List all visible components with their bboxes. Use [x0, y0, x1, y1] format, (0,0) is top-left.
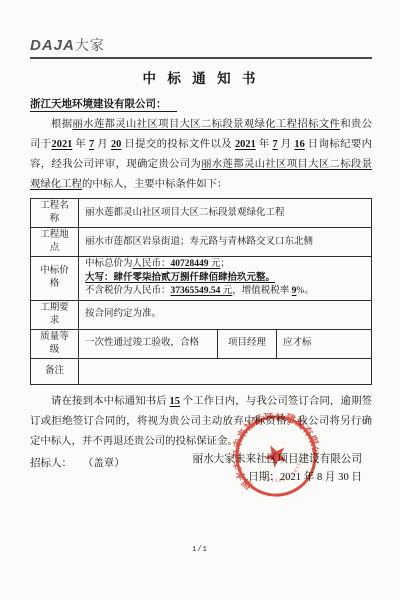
award-conditions-table: 工程名称 丽水莲都灵山社区项目大区二标段景观绿化工程 工程地点 丽水市莲都区岩泉… [30, 198, 372, 385]
location-label: 工程地点 [31, 228, 79, 257]
table-row-location: 工程地点 丽水市莲都区岩泉街道；寿元路与青林路交叉口东北侧 [31, 228, 372, 257]
signature-date: 日期：2021 年 8 月 30 日 [193, 469, 363, 487]
signature-company: 丽水大家未来社区项目建设有限公司 [193, 451, 363, 469]
quality-value: 一次性通过竣工验收，合格 [79, 329, 218, 358]
price-total-line: 中标总价为人民币：40728449 元； [85, 258, 365, 272]
table-row-project-name: 工程名称 丽水莲都灵山社区项目大区二标段景观绿化工程 [31, 199, 372, 228]
signature-block: 丽水大家未来社区项目建设有限公司 日期：2021 年 8 月 30 日 [193, 451, 363, 487]
document-page: DAJA大家 中 标 通 知 书 浙江天地环境建设有限公司： 根据丽水莲都灵山社… [0, 0, 400, 600]
page-indicator: 1/1 [0, 546, 400, 554]
project-name-value: 丽水莲都灵山社区项目大区二标段景观绿化工程 [79, 199, 372, 228]
logo-latin-text: DAJA [30, 37, 75, 54]
price-capital-line: 大写：肆仟零柒拾贰万捌仟肆佰肆拾玖元整。 [85, 272, 365, 286]
addressee-line: 浙江天地环境建设有限公司： [30, 97, 372, 113]
quality-label: 质量等级 [31, 329, 79, 358]
stamp-note: （盖章） [88, 458, 125, 469]
price-label: 中标价格 [31, 257, 79, 301]
table-row-quality: 质量等级 一次性通过竣工验收，合格 项目经理 应才标 [31, 329, 372, 358]
para-contract-terms: 请在接到本中标通知书后 15 个工作日内，与我公司签订合同，逾期签订或拒绝签订合… [30, 392, 372, 452]
logo-cjk-text: 大家 [75, 37, 105, 53]
project-manager-value: 应才标 [277, 329, 372, 358]
table-row-duration: 工期要求 按合同约定为准。 [31, 300, 372, 329]
bidder-label: 招标人： [30, 458, 72, 469]
addressee-name: 浙江天地环境建设有限公司： [30, 99, 177, 112]
duration-label: 工期要求 [31, 300, 79, 329]
location-value: 丽水市莲都区岩泉街道；寿元路与青林路交叉口东北侧 [79, 228, 372, 257]
table-row-price: 中标价格 中标总价为人民币：40728449 元； 大写：肆仟零柒拾贰万捌仟肆佰… [31, 257, 372, 301]
duration-value: 按合同约定为准。 [79, 300, 372, 329]
para-award-basis: 根据丽水莲都灵山社区项目大区二标段景观绿化工程招标文件和贵公司于2021 年 7… [30, 115, 372, 195]
remark-label: 备注 [31, 358, 79, 384]
project-name-label: 工程名称 [31, 199, 79, 228]
brand-logo: DAJA大家 [30, 36, 372, 59]
remark-value [79, 358, 372, 384]
price-value: 中标总价为人民币：40728449 元； 大写：肆仟零柒拾贰万捌仟肆佰肆拾玖元整… [79, 257, 372, 301]
doc-title: 中 标 通 知 书 [30, 70, 372, 88]
price-untaxed-line: 不含税价为人民币：37365549.54 元，增值税税率 9%。 [85, 285, 365, 299]
project-manager-label: 项目经理 [218, 329, 277, 358]
table-row-remark: 备注 [31, 358, 372, 384]
